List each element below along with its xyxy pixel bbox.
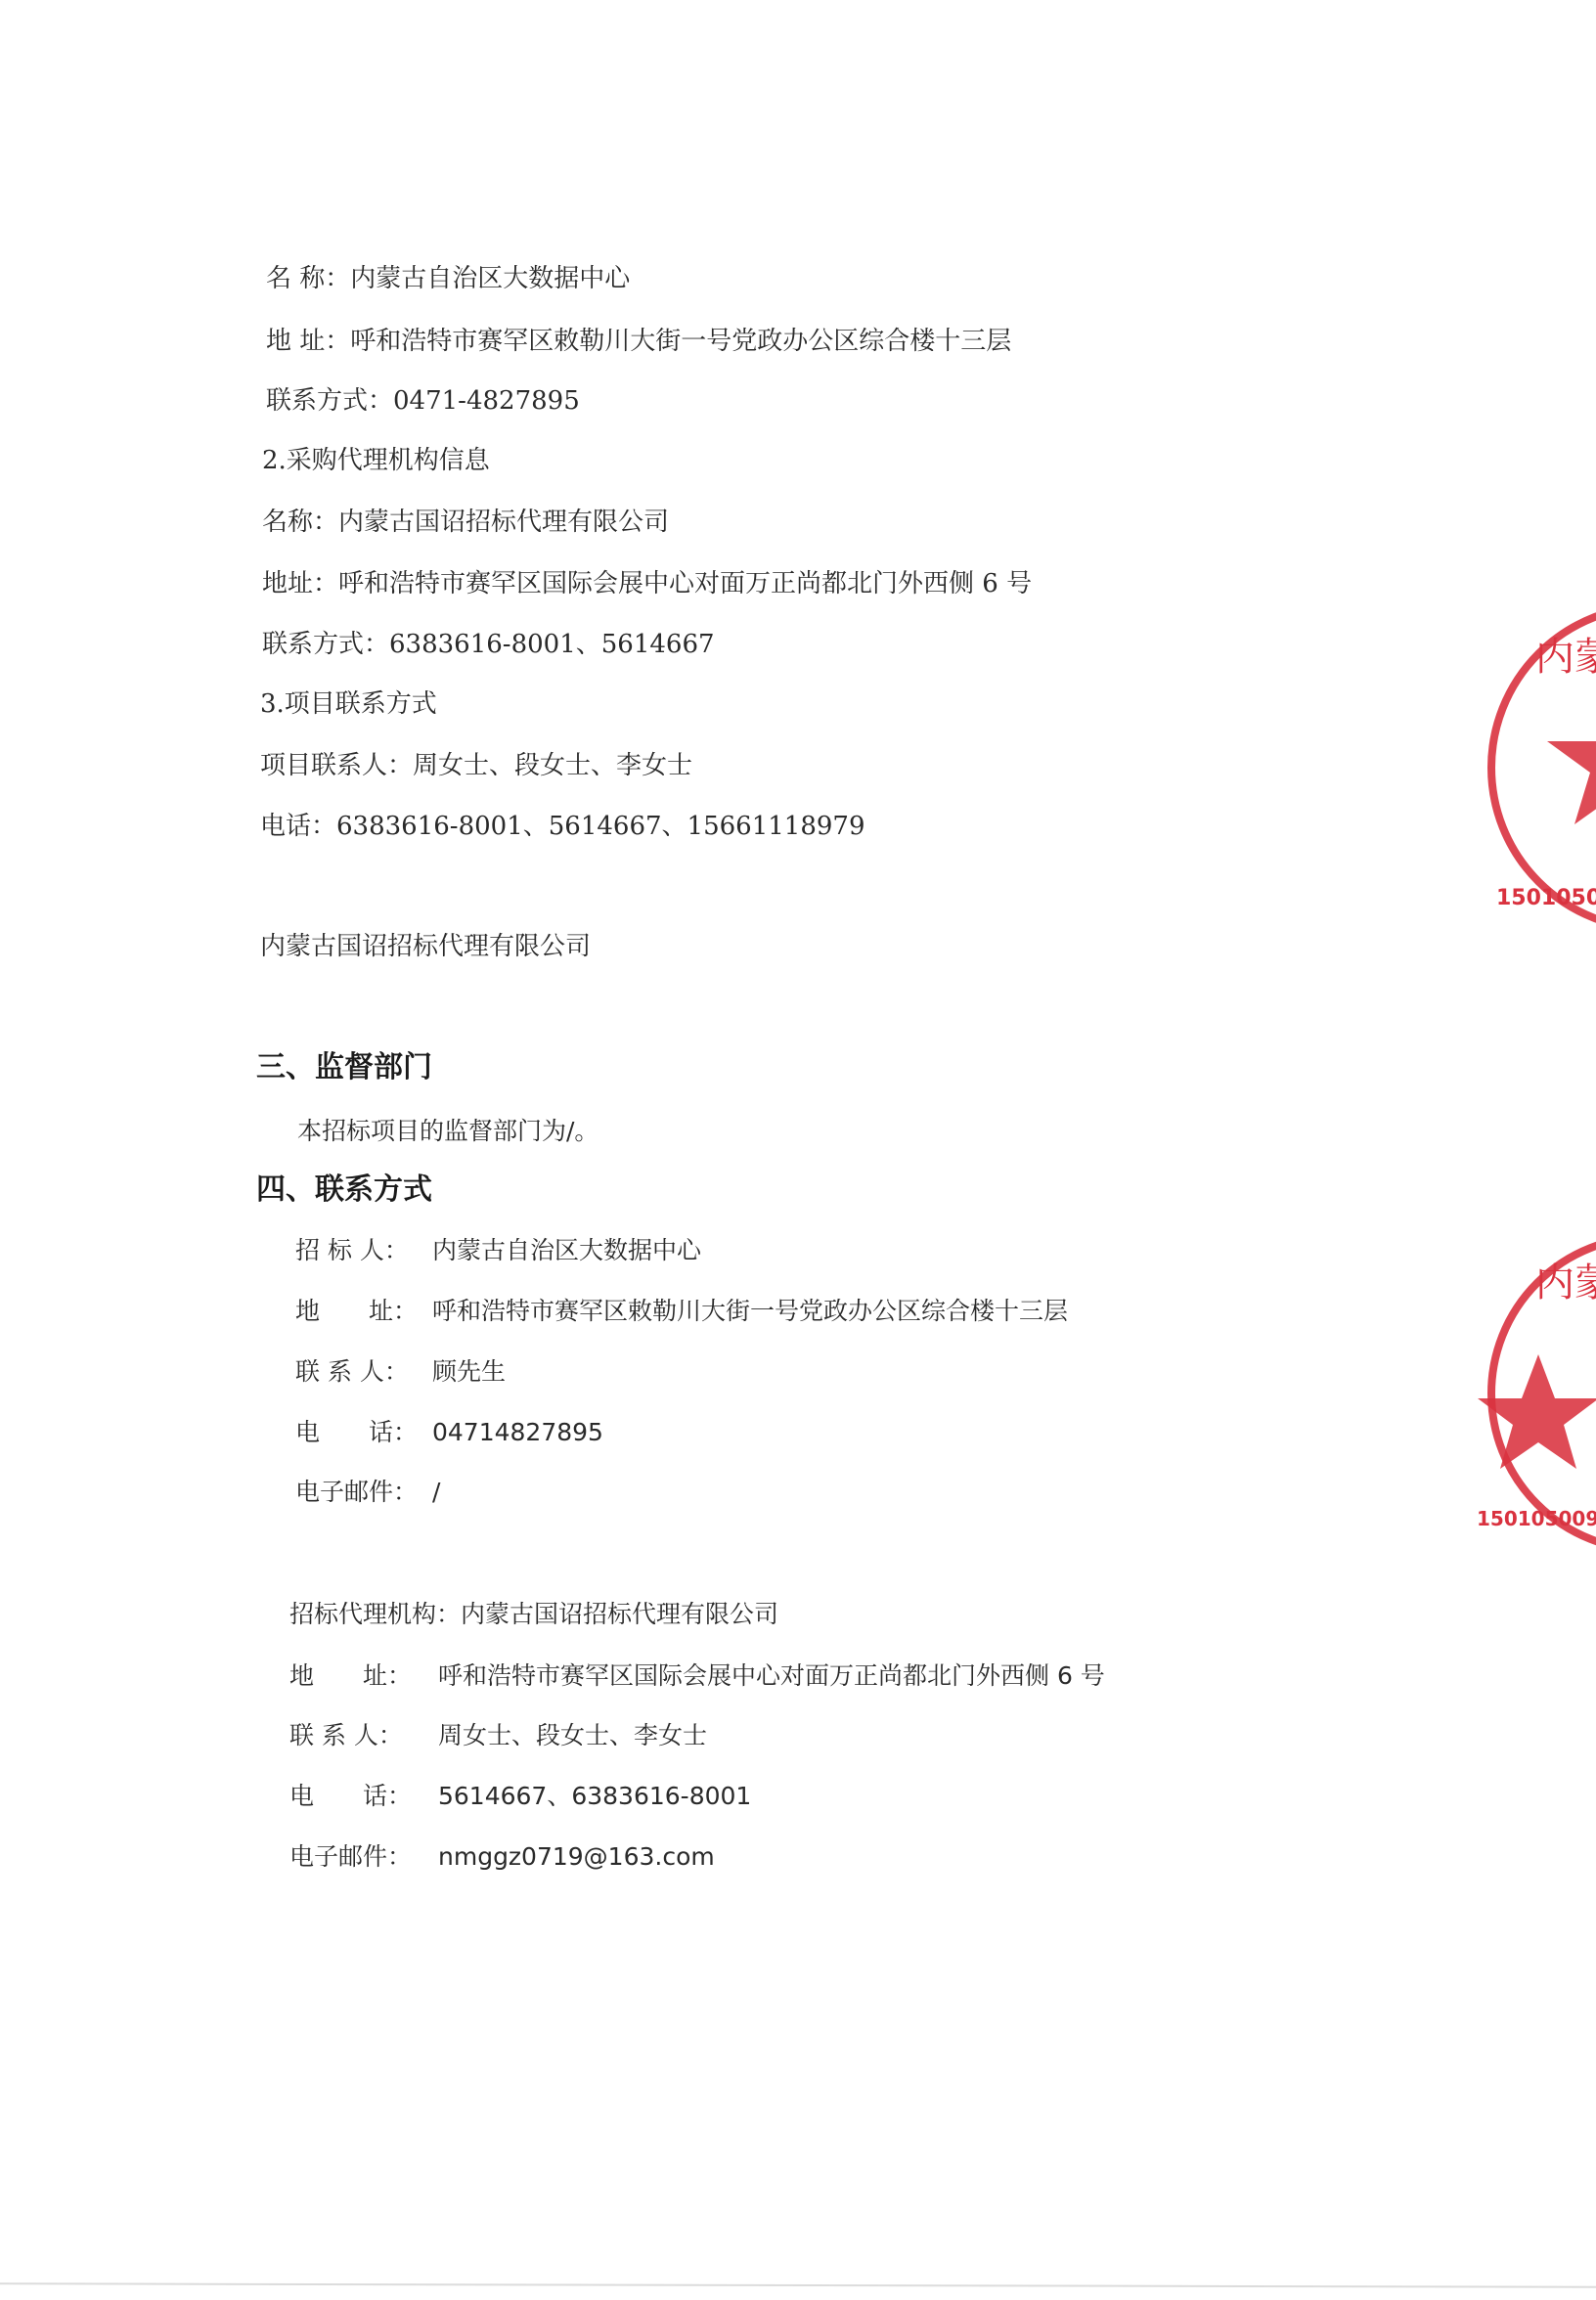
scan-edge-line <box>0 2282 1596 2287</box>
supervision-text: 本招标项目的监督部门为/。 <box>297 1115 598 1148</box>
seal-2-icon: 内蒙 15010500931 <box>1467 1222 1596 1574</box>
ci-agency-name-line: 招标代理机构：内蒙古国诏招标代理有限公司 <box>289 1598 778 1631</box>
seal-1-icon: 内蒙 1501050 <box>1467 587 1596 939</box>
ci-agency-phone-value: 5614667、6383616-8001 <box>438 1782 751 1810</box>
ci-agency-contact-label: 联 系 人： <box>289 1719 438 1752</box>
agency-name-line: 名称：内蒙古国诏招标代理有限公司 <box>262 506 669 539</box>
official-seal-2: 内蒙 15010500931 <box>1467 1222 1596 1574</box>
supervision-heading: 三、监督部门 <box>256 1048 432 1087</box>
project-contact-phone-label: 电话： <box>260 812 336 841</box>
tenderer-address-value: 呼和浩特市赛罕区敕勒川大街一号党政办公区综合楼十三层 <box>350 327 1011 356</box>
ci-agency-contact-value: 周女士、段女士、李女士 <box>438 1721 707 1749</box>
ci-tenderer-contact-label: 联 系 人： <box>295 1355 432 1389</box>
project-contact-persons-value: 周女士、段女士、李女士 <box>413 751 692 780</box>
ci-agency-email-value[interactable]: nmggz0719@163.com <box>438 1842 715 1871</box>
agency-contact-label: 联系方式： <box>262 630 389 659</box>
ci-agency-address-line: 地 址：呼和浩特市赛罕区国际会展中心对面万正尚都北门外西侧 6 号 <box>289 1659 1105 1693</box>
ci-agency-email-label: 电子邮件： <box>289 1840 438 1874</box>
agency-contact-value: 6383616-8001、5614667 <box>389 630 715 659</box>
ci-tenderer-phone-label: 电 话： <box>295 1416 432 1449</box>
ci-tenderer-contact-value: 顾先生 <box>432 1357 506 1386</box>
tenderer-name-value: 内蒙古自治区大数据中心 <box>350 264 630 293</box>
contact-heading: 四、联系方式 <box>256 1171 432 1210</box>
ci-tenderer-address-label: 地 址： <box>295 1295 432 1328</box>
ci-tenderer-email-line: 电子邮件：/ <box>295 1476 440 1509</box>
ci-agency-contact-line: 联 系 人：周女士、段女士、李女士 <box>289 1719 707 1752</box>
ci-agency-address-value: 呼和浩特市赛罕区国际会展中心对面万正尚都北门外西侧 6 号 <box>438 1661 1105 1690</box>
agency-address-value: 呼和浩特市赛罕区国际会展中心对面万正尚都北门外西侧 6 号 <box>338 569 1032 598</box>
ci-tenderer-name-line: 招 标 人：内蒙古自治区大数据中心 <box>295 1234 701 1267</box>
agency-name-value: 内蒙古国诏招标代理有限公司 <box>338 508 669 537</box>
ci-agency-name-value: 内蒙古国诏招标代理有限公司 <box>461 1600 778 1628</box>
project-contact-persons-label: 项目联系人： <box>260 751 413 780</box>
ci-agency-email-line: 电子邮件：nmggz0719@163.com <box>289 1840 715 1874</box>
official-seal-1: 内蒙 1501050 <box>1467 587 1596 939</box>
signature-company: 内蒙古国诏招标代理有限公司 <box>260 930 591 963</box>
tenderer-address-line: 地 址：呼和浩特市赛罕区敕勒川大街一号党政办公区综合楼十三层 <box>266 325 1011 358</box>
ci-tenderer-email-label: 电子邮件： <box>295 1476 432 1509</box>
ci-tenderer-name-value: 内蒙古自治区大数据中心 <box>432 1236 701 1264</box>
seal-1-bottom-text: 1501050 <box>1496 886 1596 910</box>
agency-contact-line: 联系方式：6383616-8001、5614667 <box>262 628 715 661</box>
ci-tenderer-phone-value: 04714827895 <box>432 1418 603 1446</box>
ci-tenderer-email-value[interactable]: / <box>432 1478 440 1506</box>
tenderer-name-label: 名 称： <box>266 264 350 293</box>
ci-tenderer-contact-line: 联 系 人：顾先生 <box>295 1355 506 1389</box>
agency-name-label: 名称： <box>262 508 338 537</box>
ci-agency-phone-label: 电 话： <box>289 1780 438 1813</box>
ci-agency-name-label: 招标代理机构： <box>289 1600 461 1628</box>
agency-address-label: 地址： <box>262 569 338 598</box>
seal-2-bottom-text: 15010500931 <box>1477 1507 1596 1530</box>
ci-agency-address-label: 地 址： <box>289 1659 438 1693</box>
tenderer-contact-line: 联系方式：0471-4827895 <box>266 384 580 418</box>
ci-tenderer-phone-line: 电 话：04714827895 <box>295 1416 603 1449</box>
tenderer-contact-value: 0471-4827895 <box>393 386 580 416</box>
project-contact-phone-value: 6383616-8001、5614667、15661118979 <box>336 812 865 841</box>
agency-address-line: 地址：呼和浩特市赛罕区国际会展中心对面万正尚都北门外西侧 6 号 <box>262 567 1032 600</box>
ci-tenderer-address-line: 地 址：呼和浩特市赛罕区敕勒川大街一号党政办公区综合楼十三层 <box>295 1295 1068 1328</box>
tenderer-name-line: 名 称：内蒙古自治区大数据中心 <box>266 262 630 295</box>
seal-2-top-text: 内蒙 <box>1535 1261 1596 1305</box>
tenderer-address-label: 地 址： <box>266 327 350 356</box>
project-contact-phone-line: 电话：6383616-8001、5614667、15661118979 <box>260 810 865 843</box>
project-contact-title: 3.项目联系方式 <box>260 687 437 721</box>
document-page: 名 称：内蒙古自治区大数据中心 地 址：呼和浩特市赛罕区敕勒川大街一号党政办公区… <box>0 0 1596 2300</box>
tenderer-contact-label: 联系方式： <box>266 386 393 416</box>
ci-tenderer-address-value: 呼和浩特市赛罕区敕勒川大街一号党政办公区综合楼十三层 <box>432 1297 1068 1325</box>
ci-tenderer-name-label: 招 标 人： <box>295 1234 432 1267</box>
agency-section-title: 2.采购代理机构信息 <box>262 444 490 477</box>
seal-1-top-text: 内蒙 <box>1535 635 1596 680</box>
project-contact-persons-line: 项目联系人：周女士、段女士、李女士 <box>260 749 692 782</box>
ci-agency-phone-line: 电 话：5614667、6383616-8001 <box>289 1780 751 1813</box>
